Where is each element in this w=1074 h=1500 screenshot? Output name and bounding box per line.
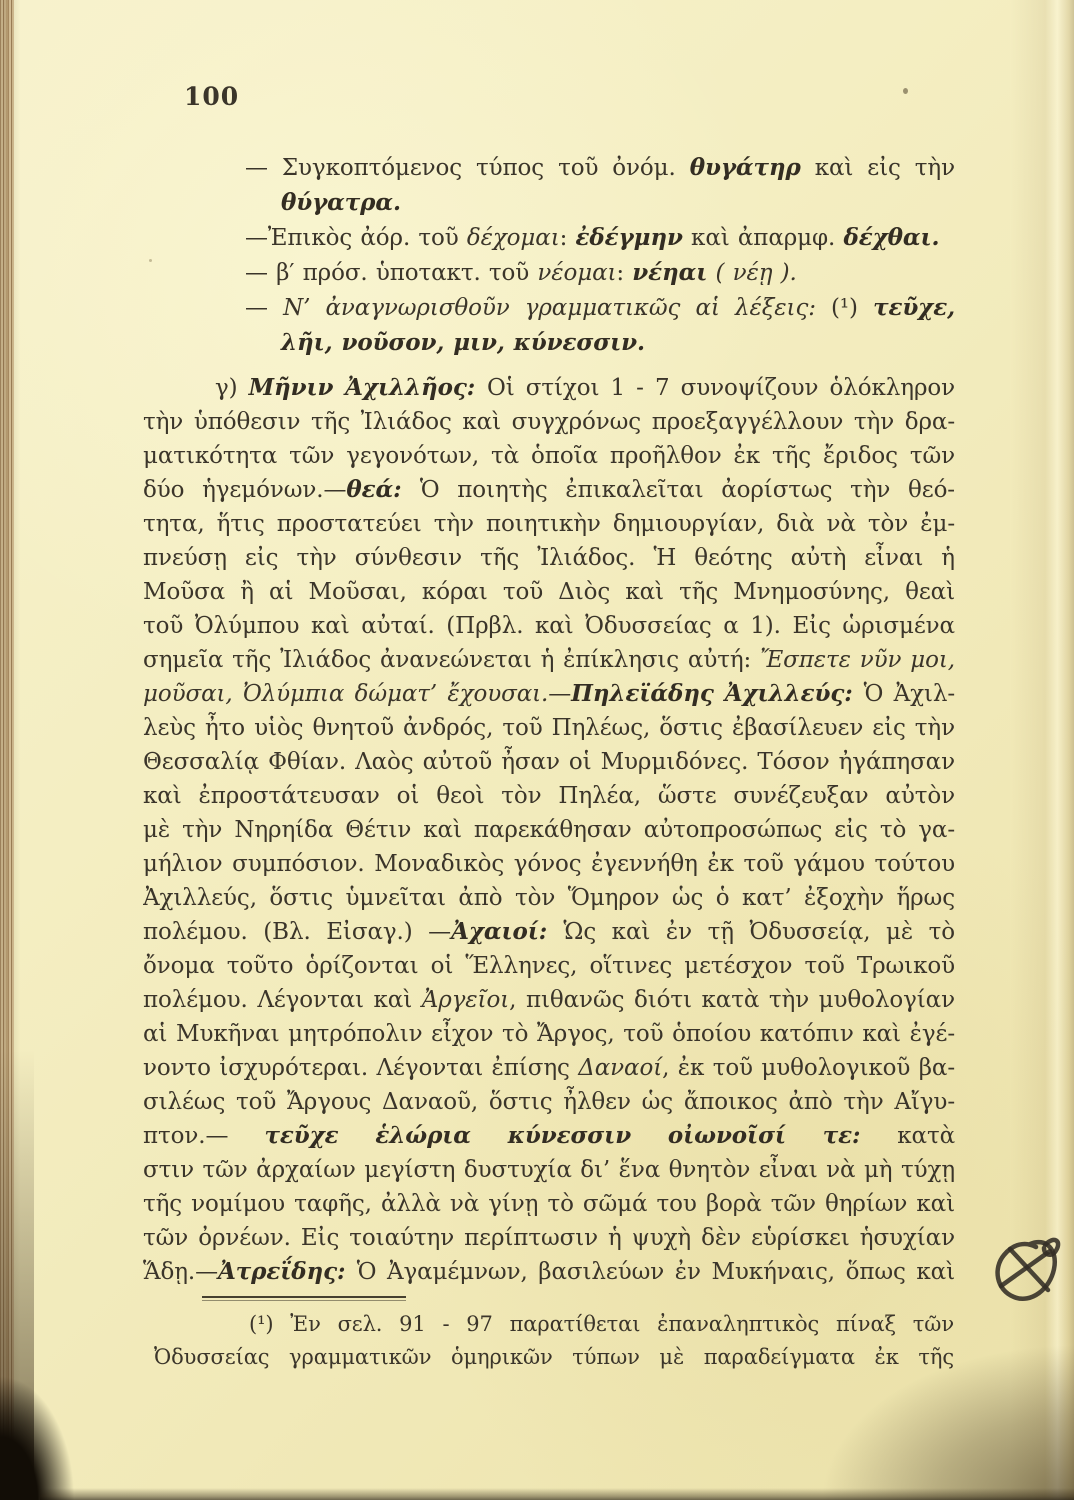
text-line: Θεσσαλίᾳ Φθίαν. Λαὸς αὐτοῦ ἦσαν οἱ Μυρμι… <box>143 745 955 779</box>
text-line: θύγατρα. <box>245 185 955 220</box>
text-segment: Ἀργεῖοι <box>422 987 509 1013</box>
text-segment: δέχθαι. <box>843 224 939 251</box>
text-segment: θεά: <box>346 476 420 503</box>
text-segment: Ὡς καὶ ἐν τῇ Ὀδυσσείᾳ, μὲ τὸ <box>563 919 955 945</box>
text-segment: σημεῖα τῆς Ἰλιάδος ἀνανεώνεται ἡ ἐπίκλησ… <box>143 647 760 673</box>
text-segment: μήλιον συμπόσιον. Μοναδικὸς γόνος ἐγεννή… <box>143 851 955 881</box>
ink-scribble-mark <box>984 1232 1068 1318</box>
text-line: ματικότητα τῶν γεγονότων, τὰ ὁποῖα προῆλ… <box>143 439 955 473</box>
list-item: — β′ πρόσ. ὑποτακτ. τοῦ νέομαι: νέηαι ( … <box>245 255 955 290</box>
text-segment: δέχομαι <box>467 225 560 251</box>
text-line: πτον.— τεῦχε ἑλώρια κύνεσσιν οἰωνοῖσί τε… <box>143 1119 955 1153</box>
text-segment: ματικότητα τῶν γεγονότων, τὰ ὁποῖα προῆλ… <box>143 443 955 469</box>
text-segment: , ἐκ τοῦ μυθολογικοῦ βα- <box>662 1055 955 1081</box>
text-segment: νοντο ἰσχυρότεραι. Λέγονται ἐπίσης <box>143 1055 578 1081</box>
text-segment: τεῦχε ἑλώρια κύνεσσιν οἰωνοῖσί τε: <box>265 1122 898 1149</box>
text-segment: — Συγκοπτόμενος τύπος τοῦ ὀνόμ. <box>245 155 690 181</box>
text-segment: Ἀτρεΐδης: <box>218 1258 357 1285</box>
text-segment: Ἅδῃ.— <box>143 1259 218 1285</box>
text-segment: σιλέως τοῦ Ἄργους Δαναοῦ, ὅστις ἦλθεν ὡς… <box>143 1089 955 1115</box>
text-line: δύο ἡγεμόνων.—θεά: Ὁ ποιητὴς ἐπικαλεῖται… <box>143 473 955 507</box>
text-segment: Θεσσαλίᾳ Φθίαν. Λαὸς αὐτοῦ ἦσαν οἱ Μυρμι… <box>143 749 955 775</box>
text-segment: καὶ ἀπαρμφ. <box>683 225 844 251</box>
text-line: νοντο ἰσχυρότεραι. Λέγονται ἐπίσης Δαναο… <box>143 1051 955 1085</box>
text-line: Μοῦσα ἢ αἱ Μοῦσαι, κόραι τοῦ Διὸς καὶ τῆ… <box>143 575 955 609</box>
text-line: πολέμου. Λέγονται καὶ Ἀργεῖοι, πιθανῶς δ… <box>143 983 955 1017</box>
text-line: ὄνομα τοῦτο ὁρίζονται οἱ Ἕλληνες, οἵτινε… <box>143 949 955 983</box>
text-line: αἱ Μυκῆναι μητρόπολιν εἶχον τὸ Ἄργος, το… <box>143 1017 955 1051</box>
text-segment: νέομαι <box>537 260 616 286</box>
binding-edge-shadow <box>0 0 34 1500</box>
text-segment: πτον.— <box>143 1123 265 1149</box>
text-segment: —Ἐπικὸς ἀόρ. τοῦ <box>245 225 467 251</box>
text-segment: Ὁ Ἀχιλ- <box>864 681 955 707</box>
text-segment: πολέμου. Λέγονται καὶ <box>143 987 422 1013</box>
text-segment: ὄνομα τοῦτο ὁρίζονται οἱ Ἕλληνες, οἵτινε… <box>143 953 955 979</box>
text-line: Ἅδῃ.—Ἀτρεΐδης: Ὁ Ἀγαμέμνων, βασιλεύων ἐν… <box>143 1255 955 1289</box>
text-line: τητα, ἥτις προστατεύει τὴν ποιητικὴν δημ… <box>143 507 955 541</box>
text-segment: Ὁ Ἀγαμέμνων, βασιλεύων ἐν Μυκήναις, ὅπως… <box>357 1259 955 1285</box>
text-line: —Ἐπικὸς ἀόρ. τοῦ δέχομαι: ἐδέγμην καὶ ἀπ… <box>245 220 955 255</box>
text-line: σημεῖα τῆς Ἰλιάδος ἀνανεώνεται ἡ ἐπίκλησ… <box>143 643 955 677</box>
text-segment: — β′ πρόσ. ὑποτακτ. τοῦ <box>245 260 537 286</box>
text-line: — Ν’ ἀναγνωρισθοῦν γραμματικῶς αἱ λέξεις… <box>245 290 955 325</box>
text-segment: (¹) Ἐν σελ. 91 - 97 παρατίθεται ἐπαναληπ… <box>249 1312 954 1341</box>
paper-speck <box>903 88 908 94</box>
text-segment: πολέμου. (Βλ. Εἰσαγ.) — <box>143 919 451 945</box>
text-line: Ὀδυσσείας γραμματικῶν ὁμηρικῶν τύπων μὲ … <box>154 1341 954 1374</box>
text-line: — β′ πρόσ. ὑποτακτ. τοῦ νέομαι: νέηαι ( … <box>245 255 955 290</box>
text-segment: θύγατρα. <box>281 189 401 216</box>
text-segment: — <box>548 681 571 707</box>
page-number: 100 <box>184 82 239 111</box>
text-segment: Πηλεϊάδης Ἀχιλλεύς: <box>571 680 863 707</box>
text-segment: τῆς νομίμου ταφῆς, ἀλλὰ νὰ γίνῃ τὸ σῶμά … <box>143 1191 955 1217</box>
text-line: πολέμου. (Βλ. Εἰσαγ.) —Ἀχαιοί: Ὡς καὶ ἐν… <box>143 915 955 949</box>
text-line: (¹) Ἐν σελ. 91 - 97 παρατίθεται ἐπαναληπ… <box>154 1308 954 1341</box>
text-segment: δύο ἡγεμόνων.— <box>143 477 346 503</box>
text-segment: θυγάτηρ <box>690 154 801 181</box>
text-segment: : <box>560 225 576 251</box>
list-item: —Ἐπικὸς ἀόρ. τοῦ δέχομαι: ἐδέγμην καὶ ἀπ… <box>245 220 955 255</box>
text-segment: Ὀδυσσείας γραμματικῶν ὁμηρικῶν τύπων μὲ … <box>154 1345 954 1374</box>
text-line: στιν τῶν ἀρχαίων μεγίστη δυστυχία δι’ ἕν… <box>143 1153 955 1187</box>
text-line: σιλέως τοῦ Ἄργους Δαναοῦ, ὅστις ἦλθεν ὡς… <box>143 1085 955 1119</box>
text-segment: τητα, ἥτις προστατεύει τὴν ποιητικὴν δημ… <box>143 511 955 537</box>
text-segment: γ) <box>215 375 249 401</box>
text-line: γ) Μῆνιν Ἀχιλλῆος: Οἱ στίχοι 1 - 7 συνοψ… <box>143 371 955 405</box>
text-line: μοῦσαι, Ὀλύμπια δώματ’ ἔχουσαι.—Πηλεϊάδη… <box>143 677 955 711</box>
text-segment: στιν τῶν ἀρχαίων μεγίστη δυστυχία δι’ ἕν… <box>143 1157 955 1183</box>
text-segment: λεὺς ἦτο υἱὸς θνητοῦ ἀνδρός, τοῦ Πηλέως,… <box>143 715 955 745</box>
text-segment: : <box>616 260 632 286</box>
text-segment: μοῦσαι, Ὀλύμπια δώματ’ ἔχουσαι. <box>143 681 548 707</box>
text-line: τῶν ὀρνέων. Εἰς τοιαύτην περίπτωσιν ἡ ψυ… <box>143 1221 955 1255</box>
page-edge-shadow-bottom <box>40 1488 1074 1500</box>
text-segment: , πιθανῶς διότι κατὰ τὴν μυθολογίαν <box>509 987 955 1013</box>
text-segment: τὴν ὑπόθεσιν τῆς Ἰλιάδος καὶ συγχρόνως π… <box>143 409 955 435</box>
footnote-rule <box>202 1296 406 1301</box>
text-segment: Οἱ στίχοι 1 - 7 συνοψίζουν ὁλόκληρον <box>487 375 955 401</box>
text-line: πνεύσῃ εἰς τὴν σύνθεσιν τῆς Ἰλιάδος. Ἡ θ… <box>143 541 955 575</box>
text-segment: πνεύσῃ εἰς τὴν σύνθεσιν τῆς Ἰλιάδος. Ἡ θ… <box>143 545 955 571</box>
text-segment: ἐδέγμην <box>576 224 683 251</box>
text-line: καὶ ἐπροστάτευσαν οἱ θεοὶ τὸν Πηλέα, ὥστ… <box>143 779 955 813</box>
list-item: — Συγκοπτόμενος τύπος τοῦ ὀνόμ. θυγάτηρ … <box>245 150 955 220</box>
text-segment: Ἀχαιοί: <box>451 918 563 945</box>
text-segment: (¹) <box>831 295 873 321</box>
text-segment: τοῦ Ὀλύμπου καὶ αὐταί. (Πρβλ. καὶ Ὀδυσσε… <box>143 613 955 639</box>
text-segment: Ἀχιλλεύς, ὅστις ὑμνεῖται ἀπὸ τὸν Ὅμηρον … <box>143 885 955 915</box>
text-line: τῆς νομίμου ταφῆς, ἀλλὰ νὰ γίνῃ τὸ σῶμά … <box>143 1187 955 1221</box>
text-segment: Μῆνιν Ἀχιλλῆος: <box>249 374 487 401</box>
text-segment: Ἔσπετε νῦν μοι, <box>760 647 955 673</box>
book-page: 100 — Συγκοπτόμενος τύπος τοῦ ὀνόμ. θυγά… <box>0 0 1074 1500</box>
text-segment: — <box>245 295 283 321</box>
text-segment: αἱ Μυκῆναι μητρόπολιν εἶχον τὸ Ἄργος, το… <box>143 1021 955 1047</box>
commentary-paragraph: γ) Μῆνιν Ἀχιλλῆος: Οἱ στίχοι 1 - 7 συνοψ… <box>143 371 955 1289</box>
text-line: λεὺς ἦτο υἱὸς θνητοῦ ἀνδρός, τοῦ Πηλέως,… <box>143 711 955 745</box>
paper-speck <box>149 259 152 262</box>
list-item: — Ν’ ἀναγνωρισθοῦν γραμματικῶς αἱ λέξεις… <box>245 290 955 360</box>
text-segment: Δαναοί <box>578 1055 662 1081</box>
text-line: τὴν ὑπόθεσιν τῆς Ἰλιάδος καὶ συγχρόνως π… <box>143 405 955 439</box>
text-segment: νέηαι <box>632 259 707 286</box>
page-corner-shadow-bottom-left <box>0 1350 90 1500</box>
grammar-notes-list: — Συγκοπτόμενος τύπος τοῦ ὀνόμ. θυγάτηρ … <box>245 150 955 360</box>
text-segment: λῆι, νοῦσον, μιν, κύνεσσιν. <box>281 329 645 356</box>
text-segment: τῶν ὀρνέων. Εἰς τοιαύτην περίπτωσιν ἡ ψυ… <box>143 1225 955 1255</box>
text-segment: ( νέῃ ). <box>707 260 796 286</box>
text-segment: καὶ ἐπροστάτευσαν οἱ θεοὶ τὸν Πηλέα, ὥστ… <box>143 783 955 809</box>
text-line: — Συγκοπτόμενος τύπος τοῦ ὀνόμ. θυγάτηρ … <box>245 150 955 185</box>
text-segment: Ὁ ποιητὴς ἐπικαλεῖται ἀορίστως τὴν θεό- <box>420 477 955 503</box>
text-line: μήλιον συμπόσιον. Μοναδικὸς γόνος ἐγεννή… <box>143 847 955 881</box>
text-segment: Ν’ ἀναγνωρισθοῦν γραμματικῶς αἱ λέξεις: <box>283 295 831 321</box>
text-segment: Μοῦσα ἢ αἱ Μοῦσαι, κόραι τοῦ Διὸς καὶ τῆ… <box>143 579 955 605</box>
text-line: λῆι, νοῦσον, μιν, κύνεσσιν. <box>245 325 955 360</box>
footnote: (¹) Ἐν σελ. 91 - 97 παρατίθεται ἐπαναληπ… <box>154 1308 954 1374</box>
text-segment: μὲ τὴν Νηρηίδα Θέτιν καὶ παρεκάθησαν αὐτ… <box>143 817 955 843</box>
text-line: Ἀχιλλεύς, ὅστις ὑμνεῖται ἀπὸ τὸν Ὅμηρον … <box>143 881 955 915</box>
text-line: τοῦ Ὀλύμπου καὶ αὐταί. (Πρβλ. καὶ Ὀδυσσε… <box>143 609 955 643</box>
text-line: μὲ τὴν Νηρηίδα Θέτιν καὶ παρεκάθησαν αὐτ… <box>143 813 955 847</box>
